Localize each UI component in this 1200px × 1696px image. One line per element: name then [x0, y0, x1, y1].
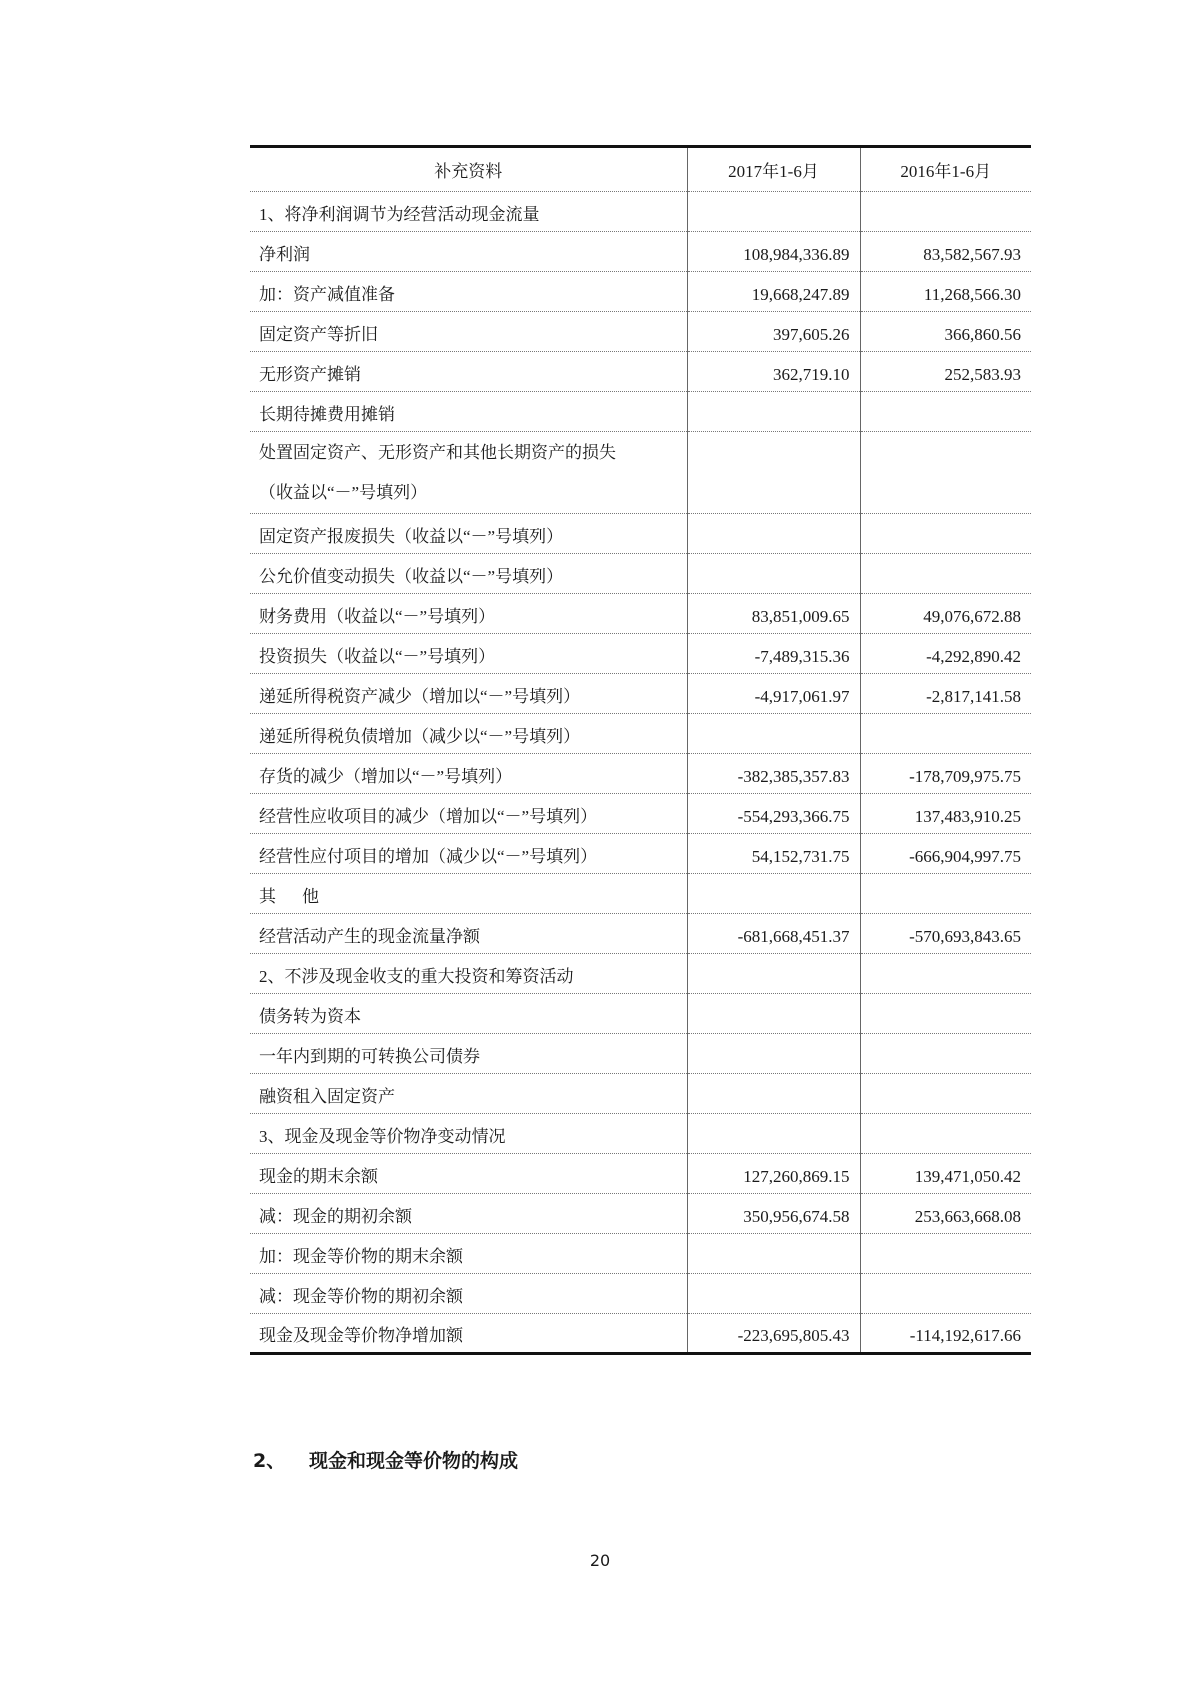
value-2016: -178,709,975.75	[860, 754, 1031, 794]
value-2017	[687, 1274, 860, 1314]
value-2016: 366,860.56	[860, 312, 1031, 352]
value-2017	[687, 192, 860, 232]
table-row: 减：现金等价物的期初余额	[250, 1274, 1031, 1314]
row-label: 无形资产摊销	[250, 352, 687, 392]
value-2016: 49,076,672.88	[860, 594, 1031, 634]
table-row: 固定资产报废损失（收益以“－”号填列）	[250, 514, 1031, 554]
header-item: 补充资料	[250, 147, 687, 192]
value-2016: -114,192,617.66	[860, 1314, 1031, 1354]
row-label-text: 1、将净利润调节为经营活动现金流量	[259, 205, 540, 224]
table-row: 投资损失（收益以“－”号填列）-7,489,315.36-4,292,890.4…	[250, 634, 1031, 674]
row-label: 存货的减少（增加以“－”号填列）	[250, 754, 687, 794]
value-2016: 139,471,050.42	[860, 1154, 1031, 1194]
row-label-text: 融资租入固定资产	[259, 1087, 395, 1106]
value-2017	[687, 1034, 860, 1074]
row-label: 递延所得税负债增加（减少以“－”号填列）	[250, 714, 687, 754]
section-heading: 2、 现金和现金等价物的构成	[253, 1446, 518, 1473]
value-2017	[687, 432, 860, 514]
value-2017	[687, 714, 860, 754]
value-2017	[687, 954, 860, 994]
value-2016	[860, 392, 1031, 432]
table-row: 2、不涉及现金收支的重大投资和筹资活动	[250, 954, 1031, 994]
row-label: 现金及现金等价物净增加额	[250, 1314, 687, 1354]
row-label-text: 债务转为资本	[259, 1007, 361, 1026]
row-label-text-line2: （收益以“－”号填列）	[259, 483, 427, 502]
row-label-text: 减：现金的期初余额	[259, 1207, 412, 1226]
row-label: 加：现金等价物的期末余额	[250, 1234, 687, 1274]
value-2016: -666,904,997.75	[860, 834, 1031, 874]
value-2017	[687, 1114, 860, 1154]
value-2016	[860, 1034, 1031, 1074]
section-title: 现金和现金等价物的构成	[309, 1446, 518, 1473]
table-row: 1、将净利润调节为经营活动现金流量	[250, 192, 1031, 232]
table-row: 递延所得税资产减少（增加以“－”号填列）-4,917,061.97-2,817,…	[250, 674, 1031, 714]
row-label: 减：现金等价物的期初余额	[250, 1274, 687, 1314]
value-2017: 83,851,009.65	[687, 594, 860, 634]
table-row: 固定资产等折旧397,605.26366,860.56	[250, 312, 1031, 352]
value-2017	[687, 554, 860, 594]
table-row: 减：现金的期初余额350,956,674.58253,663,668.08	[250, 1194, 1031, 1234]
table-row: 净利润108,984,336.8983,582,567.93	[250, 232, 1031, 272]
row-label-text: 公允价值变动损失（收益以“－”号填列）	[259, 567, 563, 586]
row-label: 固定资产报废损失（收益以“－”号填列）	[250, 514, 687, 554]
value-2017: -4,917,061.97	[687, 674, 860, 714]
row-label: 处置固定资产、无形资产和其他长期资产的损失（收益以“－”号填列）	[250, 432, 687, 514]
value-2017: 362,719.10	[687, 352, 860, 392]
row-label: 3、现金及现金等价物净变动情况	[250, 1114, 687, 1154]
table-row: 经营性应收项目的减少（增加以“－”号填列）-554,293,366.75137,…	[250, 794, 1031, 834]
row-label: 融资租入固定资产	[250, 1074, 687, 1114]
value-2016	[860, 874, 1031, 914]
value-2017	[687, 1234, 860, 1274]
row-label: 减：现金的期初余额	[250, 1194, 687, 1234]
header-2017: 2017年1-6月	[687, 147, 860, 192]
value-2016	[860, 432, 1031, 514]
table-row: 现金的期末余额127,260,869.15139,471,050.42	[250, 1154, 1031, 1194]
value-2016	[860, 192, 1031, 232]
row-label: 净利润	[250, 232, 687, 272]
value-2017	[687, 874, 860, 914]
row-label: 经营性应收项目的减少（增加以“－”号填列）	[250, 794, 687, 834]
row-label: 递延所得税资产减少（增加以“－”号填列）	[250, 674, 687, 714]
row-label-text: 经营性应付项目的增加（减少以“－”号填列）	[259, 847, 597, 866]
value-2016	[860, 954, 1031, 994]
table-row: 其他	[250, 874, 1031, 914]
row-label-text: 加：资产减值准备	[259, 285, 395, 304]
row-label-text: 一年内到期的可转换公司债券	[259, 1047, 480, 1066]
value-2016: 11,268,566.30	[860, 272, 1031, 312]
row-label-text: 递延所得税资产减少（增加以“－”号填列）	[259, 687, 580, 706]
table-row: 现金及现金等价物净增加额-223,695,805.43-114,192,617.…	[250, 1314, 1031, 1354]
row-label-text: 其他	[259, 887, 345, 906]
value-2017: -554,293,366.75	[687, 794, 860, 834]
table-row: 3、现金及现金等价物净变动情况	[250, 1114, 1031, 1154]
row-label: 公允价值变动损失（收益以“－”号填列）	[250, 554, 687, 594]
table-row: 融资租入固定资产	[250, 1074, 1031, 1114]
value-2016: 253,663,668.08	[860, 1194, 1031, 1234]
row-label-text: 减：现金等价物的期初余额	[259, 1287, 463, 1306]
row-label: 固定资产等折旧	[250, 312, 687, 352]
value-2016	[860, 994, 1031, 1034]
cash-flow-supplement-table: 补充资料 2017年1-6月 2016年1-6月 1、将净利润调节为经营活动现金…	[250, 145, 1031, 1355]
row-label-text: 经营活动产生的现金流量净额	[259, 927, 480, 946]
value-2017: 350,956,674.58	[687, 1194, 860, 1234]
page-number: 20	[0, 1551, 1200, 1570]
table-row: 长期待摊费用摊销	[250, 392, 1031, 432]
row-label: 一年内到期的可转换公司债券	[250, 1034, 687, 1074]
row-label-text: 3、现金及现金等价物净变动情况	[259, 1127, 506, 1146]
table-row: 存货的减少（增加以“－”号填列）-382,385,357.83-178,709,…	[250, 754, 1031, 794]
value-2017: 127,260,869.15	[687, 1154, 860, 1194]
value-2017	[687, 514, 860, 554]
value-2016	[860, 554, 1031, 594]
value-2017	[687, 1074, 860, 1114]
header-2016: 2016年1-6月	[860, 147, 1031, 192]
row-label-text: 固定资产等折旧	[259, 325, 378, 344]
table-row: 递延所得税负债增加（减少以“－”号填列）	[250, 714, 1031, 754]
table-row: 经营活动产生的现金流量净额-681,668,451.37-570,693,843…	[250, 914, 1031, 954]
row-label: 经营性应付项目的增加（减少以“－”号填列）	[250, 834, 687, 874]
table-row: 处置固定资产、无形资产和其他长期资产的损失（收益以“－”号填列）	[250, 432, 1031, 514]
row-label: 投资损失（收益以“－”号填列）	[250, 634, 687, 674]
value-2016: 83,582,567.93	[860, 232, 1031, 272]
table-row: 加：现金等价物的期末余额	[250, 1234, 1031, 1274]
row-label: 长期待摊费用摊销	[250, 392, 687, 432]
value-2017: 19,668,247.89	[687, 272, 860, 312]
value-2016	[860, 514, 1031, 554]
row-label-text: 长期待摊费用摊销	[259, 405, 395, 424]
value-2017: 108,984,336.89	[687, 232, 860, 272]
value-2017	[687, 392, 860, 432]
row-label-text: 加：现金等价物的期末余额	[259, 1247, 463, 1266]
value-2016: -2,817,141.58	[860, 674, 1031, 714]
row-label-text: 现金的期末余额	[259, 1167, 378, 1186]
value-2017: -681,668,451.37	[687, 914, 860, 954]
value-2016: -570,693,843.65	[860, 914, 1031, 954]
table-row: 无形资产摊销362,719.10252,583.93	[250, 352, 1031, 392]
value-2016	[860, 1234, 1031, 1274]
value-2016: 137,483,910.25	[860, 794, 1031, 834]
row-label: 现金的期末余额	[250, 1154, 687, 1194]
table-row: 加：资产减值准备19,668,247.8911,268,566.30	[250, 272, 1031, 312]
row-label: 2、不涉及现金收支的重大投资和筹资活动	[250, 954, 687, 994]
row-label: 债务转为资本	[250, 994, 687, 1034]
value-2017	[687, 994, 860, 1034]
table-row: 债务转为资本	[250, 994, 1031, 1034]
table-row: 经营性应付项目的增加（减少以“－”号填列）54,152,731.75-666,9…	[250, 834, 1031, 874]
value-2016: -4,292,890.42	[860, 634, 1031, 674]
value-2016	[860, 1074, 1031, 1114]
value-2016	[860, 1274, 1031, 1314]
row-label-text: 处置固定资产、无形资产和其他长期资产的损失	[259, 443, 616, 462]
value-2016	[860, 1114, 1031, 1154]
row-label-text: 2、不涉及现金收支的重大投资和筹资活动	[259, 967, 574, 986]
value-2016	[860, 714, 1031, 754]
row-label-text: 净利润	[259, 245, 310, 264]
row-label: 财务费用（收益以“－”号填列）	[250, 594, 687, 634]
row-label-text: 无形资产摊销	[259, 365, 361, 384]
value-2017: -382,385,357.83	[687, 754, 860, 794]
table-row: 财务费用（收益以“－”号填列）83,851,009.6549,076,672.8…	[250, 594, 1031, 634]
value-2017: -223,695,805.43	[687, 1314, 860, 1354]
value-2017: 54,152,731.75	[687, 834, 860, 874]
row-label: 1、将净利润调节为经营活动现金流量	[250, 192, 687, 232]
row-label-text: 现金及现金等价物净增加额	[259, 1326, 463, 1345]
value-2017: -7,489,315.36	[687, 634, 860, 674]
row-label-text: 财务费用（收益以“－”号填列）	[259, 607, 495, 626]
row-label-text: 递延所得税负债增加（减少以“－”号填列）	[259, 727, 580, 746]
row-label: 其他	[250, 874, 687, 914]
row-label-text: 经营性应收项目的减少（增加以“－”号填列）	[259, 807, 597, 826]
document-page: 补充资料 2017年1-6月 2016年1-6月 1、将净利润调节为经营活动现金…	[0, 0, 1200, 1696]
section-number: 2、	[253, 1446, 309, 1473]
value-2017: 397,605.26	[687, 312, 860, 352]
row-label: 经营活动产生的现金流量净额	[250, 914, 687, 954]
table-row: 公允价值变动损失（收益以“－”号填列）	[250, 554, 1031, 594]
table-row: 一年内到期的可转换公司债券	[250, 1034, 1031, 1074]
row-label: 加：资产减值准备	[250, 272, 687, 312]
table-header-row: 补充资料 2017年1-6月 2016年1-6月	[250, 147, 1031, 192]
row-label-text: 存货的减少（增加以“－”号填列）	[259, 767, 512, 786]
row-label-text: 投资损失（收益以“－”号填列）	[259, 647, 495, 666]
row-label-text: 固定资产报废损失（收益以“－”号填列）	[259, 527, 563, 546]
value-2016: 252,583.93	[860, 352, 1031, 392]
